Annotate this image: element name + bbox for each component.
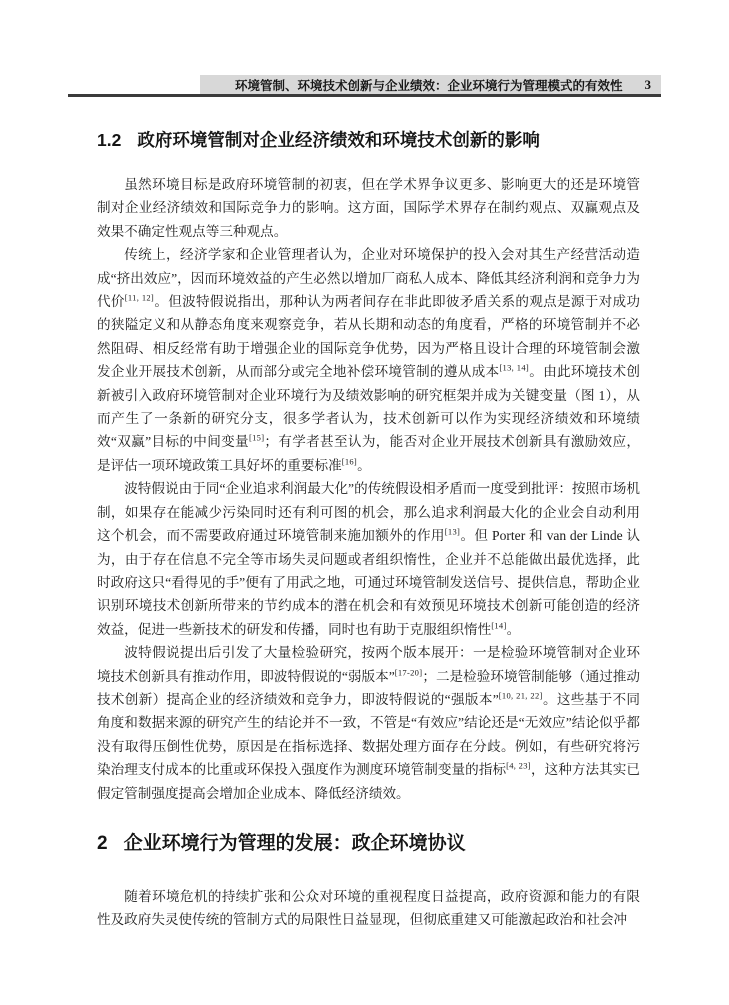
- paragraph: 传统上，经济学家和企业管理者认为，企业对环境保护的投入会对其生产经营活动造成“挤…: [97, 243, 640, 477]
- paragraph: 波特假说由于同“企业追求利润最大化”的传统假设相矛盾而一度受到批评：按照市场机制…: [97, 477, 640, 641]
- citation-ref: [15]: [249, 433, 264, 443]
- citation-ref: [14]: [491, 620, 506, 630]
- text-run: 。: [507, 622, 521, 637]
- running-title: 环境管制、环境技术创新与企业绩效：企业环境行为管理模式的有效性: [235, 76, 623, 94]
- page-body: 1.2政府环境管制对企业经济绩效和环境技术创新的影响 虽然环境目标是政府环境管制…: [97, 128, 640, 932]
- page-number: 3: [645, 77, 652, 93]
- section-title: 政府环境管制对企业经济绩效和环境技术创新的影响: [137, 130, 540, 150]
- section-1-2-paragraphs: 虽然环境目标是政府环境管制的初衷，但在学术界争议更多、影响更大的还是环境管制对企…: [97, 173, 640, 805]
- text-run: 虽然环境目标是政府环境管制的初衷，但在学术界争议更多、影响更大的还是环境管制对企…: [97, 177, 640, 239]
- section-number: 1.2: [97, 130, 121, 150]
- paragraph: 虽然环境目标是政府环境管制的初衷，但在学术界争议更多、影响更大的还是环境管制对企…: [97, 173, 640, 243]
- text-run: 。: [357, 458, 371, 473]
- section-2-paragraphs: 随着环境危机的持续扩张和公众对环境的重视程度日益提高，政府资源和能力的有限性及政…: [97, 885, 640, 932]
- text-run: 随着环境危机的持续扩张和公众对环境的重视程度日益提高，政府资源和能力的有限性及政…: [97, 889, 640, 927]
- citation-ref: [10, 21, 22]: [499, 690, 543, 700]
- section-title: 企业环境行为管理的发展：政企环境协议: [124, 833, 466, 854]
- citation-ref: [13, 14]: [499, 363, 529, 373]
- paragraph: 随着环境危机的持续扩张和公众对环境的重视程度日益提高，政府资源和能力的有限性及政…: [97, 885, 640, 932]
- running-header-bar: 环境管制、环境技术创新与企业绩效：企业环境行为管理模式的有效性 3: [200, 75, 661, 94]
- section-heading-2: 2企业环境行为管理的发展：政企环境协议: [97, 831, 640, 857]
- section-heading-1-2: 1.2政府环境管制对企业经济绩效和环境技术创新的影响: [97, 128, 640, 152]
- section-number: 2: [97, 833, 108, 854]
- header-rule: [68, 94, 661, 97]
- citation-ref: [16]: [342, 456, 357, 466]
- paragraph: 波特假说提出后引发了大量检验研究，按两个版本展开：一是检验环境管制对企业环境技术…: [97, 641, 640, 805]
- citation-ref: [13]: [445, 527, 460, 537]
- citation-ref: [11, 12]: [125, 293, 154, 303]
- citation-ref: [17-20]: [395, 667, 423, 677]
- citation-ref: [4, 23]: [506, 761, 531, 771]
- text-run: 。但 Porter 和 van der Linde 认为，由于存在信息不完全等市…: [97, 528, 640, 637]
- document-page: 环境管制、环境技术创新与企业绩效：企业环境行为管理模式的有效性 3 1.2政府环…: [0, 0, 729, 1005]
